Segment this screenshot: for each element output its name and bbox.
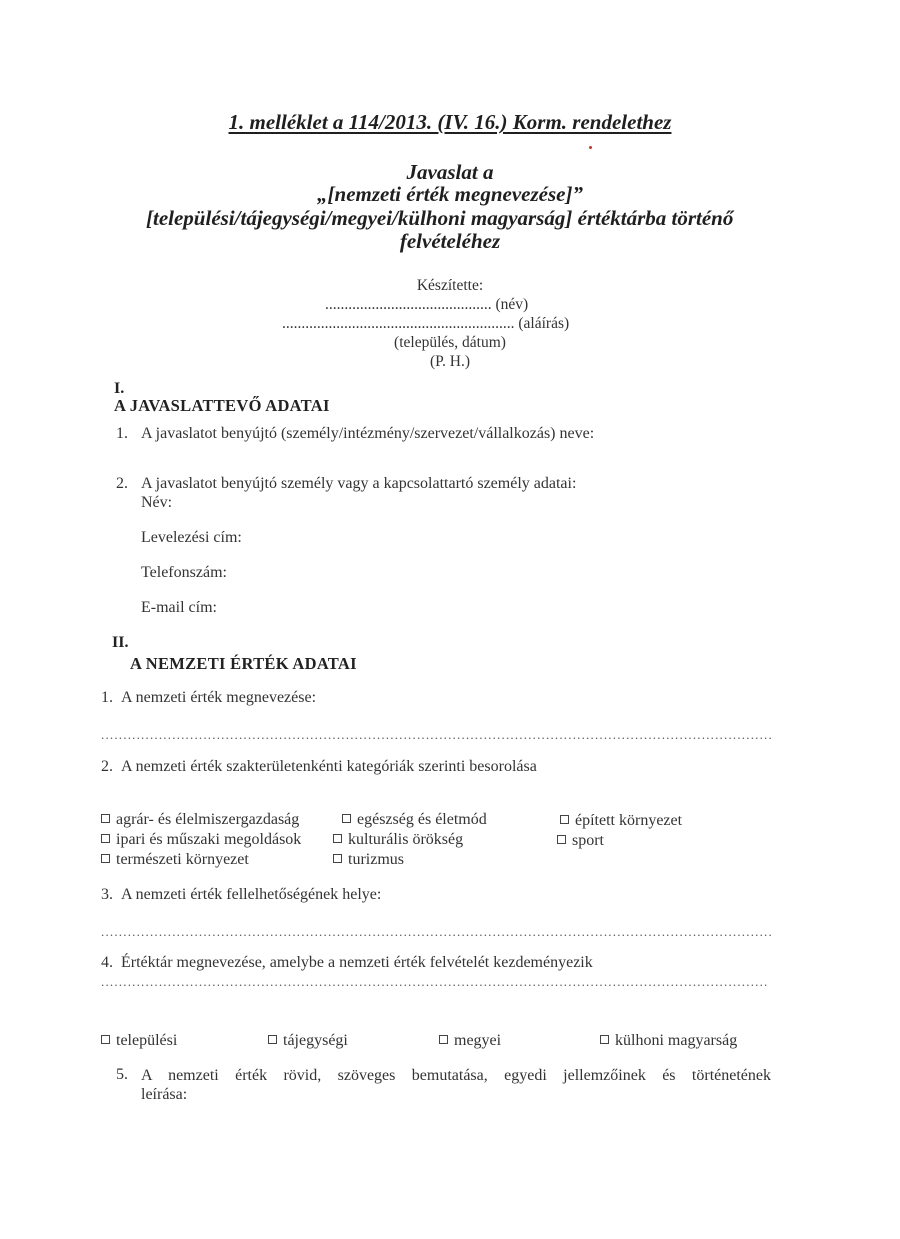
section-2-item-2-number: 2. — [101, 758, 113, 776]
category-agrar[interactable]: agrár- és élelmiszergazdaság — [101, 811, 299, 829]
checkbox-icon[interactable] — [101, 1035, 110, 1044]
repository-dotted-line[interactable]: ........................................… — [101, 974, 769, 990]
checkbox-icon[interactable] — [101, 814, 110, 823]
category-termeszeti[interactable]: természeti környezet — [101, 851, 249, 869]
signature-line[interactable]: ........................................… — [282, 314, 569, 334]
repository-telepulesi[interactable]: települési — [101, 1032, 177, 1050]
category-kulturalis[interactable]: kulturális örökség — [333, 831, 463, 849]
section-1-item-1-text: A javaslatot benyújtó (személy/intézmény… — [141, 425, 594, 443]
section-1-item-1-number: 1. — [116, 425, 128, 443]
checkbox-icon[interactable] — [557, 835, 566, 844]
section-2-item-1-text: A nemzeti érték megnevezése: — [121, 689, 316, 707]
location-dotted-line[interactable]: ........................................… — [101, 924, 771, 940]
repository-kulhoni[interactable]: külhoni magyarság — [600, 1032, 737, 1050]
repository-tajegysegi[interactable]: tájegységi — [268, 1032, 348, 1050]
checkbox-icon[interactable] — [333, 854, 342, 863]
annex-title: 1. melléklet a 114/2013. (IV. 16.) Korm.… — [0, 110, 900, 135]
checkbox-icon[interactable] — [101, 834, 110, 843]
section-2-item-3-text: A nemzeti érték fellelhetőségének helye: — [121, 886, 381, 904]
section-1-title: A JAVASLATTEVŐ ADATAI — [114, 396, 330, 416]
category-sport[interactable]: sport — [557, 832, 604, 850]
section-2-item-4-text: Értéktár megnevezése, amelybe a nemzeti … — [121, 954, 593, 972]
checkbox-icon[interactable] — [600, 1035, 609, 1044]
section-2-item-1-number: 1. — [101, 689, 113, 707]
section-2-item-4-number: 4. — [101, 954, 113, 972]
section-2-title: A NEMZETI ÉRTÉK ADATAI — [130, 654, 357, 674]
scan-speck — [589, 146, 592, 149]
checkbox-icon[interactable] — [560, 815, 569, 824]
seal-placeholder: (P. H.) — [0, 352, 900, 372]
place-date-line: (település, dátum) — [0, 333, 900, 353]
name-line[interactable]: ........................................… — [325, 295, 528, 315]
checkbox-icon[interactable] — [439, 1035, 448, 1044]
section-2-number: II. — [112, 634, 128, 652]
contact-field-email[interactable]: E-mail cím: — [141, 599, 217, 617]
repository-megyei[interactable]: megyei — [439, 1032, 501, 1050]
checkbox-icon[interactable] — [333, 834, 342, 843]
contact-field-phone[interactable]: Telefonszám: — [141, 564, 227, 582]
category-epitett[interactable]: épített környezet — [560, 812, 682, 830]
section-1-item-2-number: 2. — [116, 475, 128, 493]
prepared-by-label: Készítette: — [0, 276, 900, 296]
section-2-item-5-number: 5. — [116, 1066, 128, 1084]
checkbox-icon[interactable] — [342, 814, 351, 823]
proposal-title-line-2: „[nemzeti érték megnevezése]” — [0, 181, 900, 208]
value-name-dotted-line[interactable]: ........................................… — [101, 727, 771, 743]
checkbox-icon[interactable] — [101, 854, 110, 863]
checkbox-icon[interactable] — [268, 1035, 277, 1044]
section-2-item-5-text: A nemzeti érték rövid, szöveges bemutatá… — [141, 1066, 771, 1086]
section-2-item-5-text-cont: leírása: — [141, 1086, 187, 1104]
category-turizmus[interactable]: turizmus — [333, 851, 404, 869]
contact-field-address[interactable]: Levelezési cím: — [141, 529, 242, 547]
section-2-item-2-text: A nemzeti érték szakterületenkénti kateg… — [121, 758, 537, 776]
section-1-item-2-text: A javaslatot benyújtó személy vagy a kap… — [141, 475, 576, 493]
section-2-item-3-number: 3. — [101, 886, 113, 904]
category-ipari[interactable]: ipari és műszaki megoldások — [101, 831, 301, 849]
proposal-title-line-4: felvételéhez — [0, 228, 900, 255]
category-egeszseg[interactable]: egészség és életmód — [342, 811, 487, 829]
contact-field-name[interactable]: Név: — [141, 494, 172, 512]
